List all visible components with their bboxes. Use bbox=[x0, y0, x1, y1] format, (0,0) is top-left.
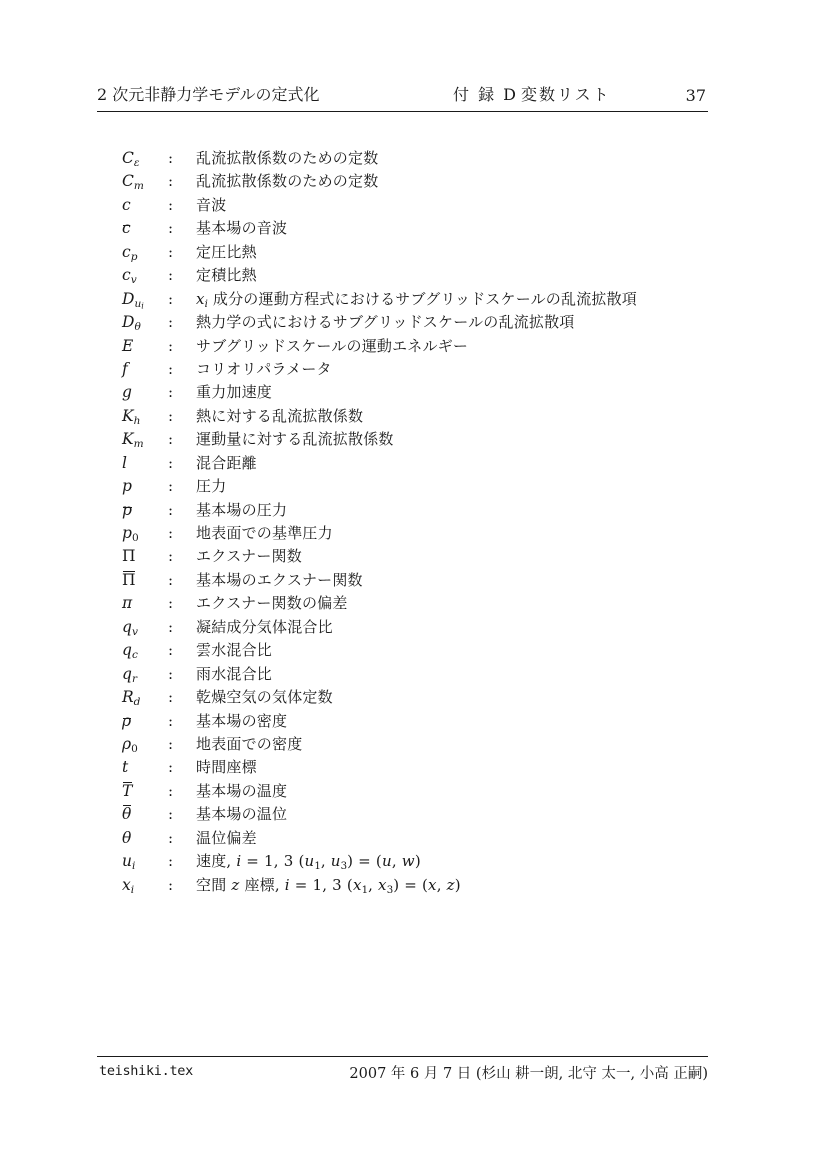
text-segment: エクスナー関数 bbox=[196, 547, 302, 565]
variable-row: θ:基本場の温位 bbox=[122, 802, 742, 825]
variable-description: 乱流拡散係数のための定数 bbox=[196, 149, 378, 167]
page-number: 37 bbox=[686, 86, 706, 105]
text-segment: π bbox=[122, 594, 132, 612]
colon-separator: : bbox=[168, 217, 196, 240]
text-segment: K bbox=[122, 430, 134, 448]
variable-symbol: Π bbox=[122, 569, 168, 592]
variable-row: ρ0:地表面での密度 bbox=[122, 732, 742, 755]
variable-description: 熱に対する乱流拡散係数 bbox=[196, 407, 363, 425]
variable-row: ui:速度, i = 1, 3 (u1, u3) = (u, w) bbox=[122, 849, 742, 872]
variable-symbol: c bbox=[122, 217, 168, 240]
footer-filename: teishiki.tex bbox=[99, 1063, 193, 1079]
text-segment: z bbox=[447, 876, 455, 894]
text-segment: 基本場の圧力 bbox=[196, 501, 287, 519]
variable-description: 混合距離 bbox=[196, 454, 257, 472]
variable-description: 基本場のエクスナー関数 bbox=[196, 571, 363, 589]
variable-row: π:エクスナー関数の偏差 bbox=[122, 591, 742, 614]
variable-row: qc:雲水混合比 bbox=[122, 638, 742, 661]
colon-separator: : bbox=[168, 545, 196, 568]
variable-row: θ:温位偏差 bbox=[122, 826, 742, 849]
colon-separator: : bbox=[168, 452, 196, 475]
text-segment: 基本場の温位 bbox=[196, 805, 287, 823]
variable-description: サブグリッドスケールの運動エネルギー bbox=[196, 337, 468, 355]
subscript-segment: 0 bbox=[131, 743, 138, 755]
text-segment: , bbox=[392, 852, 402, 870]
text-segment: , bbox=[321, 852, 331, 870]
colon-separator: : bbox=[168, 335, 196, 358]
text-segment: 乱流拡散係数のための定数 bbox=[196, 172, 378, 190]
variable-description: 雲水混合比 bbox=[196, 641, 272, 659]
subscript-segment: m bbox=[134, 180, 144, 192]
text-segment: Π bbox=[122, 573, 136, 589]
text-segment: g bbox=[122, 383, 132, 401]
variable-description: 定積比熱 bbox=[196, 266, 257, 284]
text-segment: t bbox=[122, 758, 128, 776]
variable-description: 凝結成分気体混合比 bbox=[196, 618, 333, 636]
variable-row: ρ:基本場の密度 bbox=[122, 709, 742, 732]
variable-description: 温位偏差 bbox=[196, 829, 257, 847]
text-segment: = 1, 3 ( bbox=[290, 876, 353, 894]
text-segment: l bbox=[122, 454, 127, 472]
text-segment: c bbox=[122, 243, 131, 261]
text-segment: 乾燥空気の気体定数 bbox=[196, 688, 333, 706]
variable-symbol: T bbox=[122, 780, 168, 803]
variable-description: 基本場の温位 bbox=[196, 805, 287, 823]
variable-row: Π:基本場のエクスナー関数 bbox=[122, 568, 742, 591]
text-segment: u bbox=[382, 852, 392, 870]
text-segment: c bbox=[122, 221, 131, 237]
variable-row: T:基本場の温度 bbox=[122, 779, 742, 802]
page-header: 2 次元非静力学モデルの定式化 付 録 D 変数リスト 37 bbox=[97, 82, 708, 108]
variable-symbol: c bbox=[122, 194, 168, 217]
variable-description: 乾燥空気の気体定数 bbox=[196, 688, 333, 706]
text-segment: 重力加速度 bbox=[196, 383, 272, 401]
variable-description: 基本場の圧力 bbox=[196, 501, 287, 519]
text-segment: q bbox=[122, 618, 132, 636]
variable-description: 圧力 bbox=[196, 477, 226, 495]
text-segment: 温位偏差 bbox=[196, 829, 257, 847]
text-segment: = 1, 3 ( bbox=[241, 852, 304, 870]
text-segment: サブグリッドスケールの運動エネルギー bbox=[196, 337, 468, 355]
variable-description: 時間座標 bbox=[196, 758, 257, 776]
variable-row: Kh:熱に対する乱流拡散係数 bbox=[122, 404, 742, 427]
variable-description: 重力加速度 bbox=[196, 383, 272, 401]
text-segment: 運動量に対する乱流拡散係数 bbox=[196, 430, 394, 448]
colon-separator: : bbox=[168, 710, 196, 733]
document-page: 2 次元非静力学モデルの定式化 付 録 D 変数リスト 37 Cε:乱流拡散係数… bbox=[0, 0, 826, 1169]
variable-row: Km:運動量に対する乱流拡散係数 bbox=[122, 427, 742, 450]
text-segment: 成分の運動方程式におけるサブグリッドスケールの乱流拡散項 bbox=[208, 290, 637, 308]
text-segment: ) = ( bbox=[347, 852, 382, 870]
colon-separator: : bbox=[168, 686, 196, 709]
variable-symbol: p bbox=[122, 499, 168, 522]
variable-symbol: θ bbox=[122, 827, 168, 850]
variable-description: 音波 bbox=[196, 196, 226, 214]
text-segment: x bbox=[196, 290, 205, 308]
variable-row: l:混合距離 bbox=[122, 451, 742, 474]
running-head-section: 2 次元非静力学モデルの定式化 bbox=[97, 82, 319, 105]
text-segment: 熱に対する乱流拡散係数 bbox=[196, 407, 363, 425]
variable-row: Π:エクスナー関数 bbox=[122, 544, 742, 567]
text-segment: C bbox=[122, 172, 134, 190]
colon-separator: : bbox=[168, 147, 196, 170]
colon-separator: : bbox=[168, 499, 196, 522]
text-segment: x bbox=[378, 876, 387, 894]
subscript-segment: 0 bbox=[132, 532, 139, 544]
variable-row: p:基本場の圧力 bbox=[122, 498, 742, 521]
text-segment: c bbox=[122, 196, 131, 214]
running-head-appendix: 付 録 D bbox=[453, 82, 518, 105]
variable-row: t:時間座標 bbox=[122, 755, 742, 778]
text-segment: q bbox=[122, 665, 132, 683]
variable-symbol: Π bbox=[122, 545, 168, 568]
variable-description: 基本場の密度 bbox=[196, 712, 287, 730]
text-segment: x bbox=[122, 876, 131, 894]
colon-separator: : bbox=[168, 288, 196, 311]
colon-separator: : bbox=[168, 780, 196, 803]
subscript-segment: v bbox=[132, 626, 138, 638]
text-segment: R bbox=[122, 688, 134, 706]
text-segment: q bbox=[122, 641, 132, 659]
text-segment: D bbox=[122, 290, 134, 308]
variable-description: 定圧比熱 bbox=[196, 243, 257, 261]
variable-description: xi 成分の運動方程式におけるサブグリッドスケールの乱流拡散項 bbox=[196, 290, 637, 308]
text-segment: 雨水混合比 bbox=[196, 665, 272, 683]
text-segment: T bbox=[122, 784, 132, 800]
subscript-segment: d bbox=[134, 696, 141, 708]
text-segment: エクスナー関数の偏差 bbox=[196, 594, 348, 612]
colon-separator: : bbox=[168, 358, 196, 381]
subscript-segment: m bbox=[134, 438, 144, 450]
text-segment: D bbox=[122, 313, 134, 331]
colon-separator: : bbox=[168, 663, 196, 686]
text-segment: 定圧比熱 bbox=[196, 243, 257, 261]
variable-row: qr:雨水混合比 bbox=[122, 662, 742, 685]
variable-row: Cε:乱流拡散係数のための定数 bbox=[122, 146, 742, 169]
variable-description: エクスナー関数 bbox=[196, 547, 302, 565]
text-segment: p bbox=[122, 524, 132, 542]
variable-description: 速度, i = 1, 3 (u1, u3) = (u, w) bbox=[196, 852, 421, 870]
variable-description: コリオリパラメータ bbox=[196, 360, 332, 378]
text-segment: w bbox=[402, 852, 415, 870]
variable-row: c:基本場の音波 bbox=[122, 216, 742, 239]
text-segment: , bbox=[437, 876, 447, 894]
variable-symbol: g bbox=[122, 381, 168, 404]
text-segment: u bbox=[305, 852, 315, 870]
subscript-segment: i bbox=[132, 860, 135, 872]
colon-separator: : bbox=[168, 475, 196, 498]
text-segment: 定積比熱 bbox=[196, 266, 257, 284]
subscript-segment: θ bbox=[134, 321, 140, 333]
colon-separator: : bbox=[168, 639, 196, 662]
variable-row: xi:空間 z 座標, i = 1, 3 (x1, x3) = (x, z) bbox=[122, 873, 742, 896]
subscript-segment: ε bbox=[134, 157, 140, 169]
colon-separator: : bbox=[168, 803, 196, 826]
variable-description: 熱力学の式におけるサブグリッドスケールの乱流拡散項 bbox=[196, 313, 575, 331]
variable-row: p:圧力 bbox=[122, 474, 742, 497]
text-segment: , bbox=[368, 876, 378, 894]
variable-row: E:サブグリッドスケールの運動エネルギー bbox=[122, 334, 742, 357]
text-segment: 時間座標 bbox=[196, 758, 257, 776]
variable-symbol: E bbox=[122, 335, 168, 358]
text-segment: p bbox=[122, 477, 132, 495]
colon-separator: : bbox=[168, 733, 196, 756]
text-segment: 圧力 bbox=[196, 477, 226, 495]
subscript-segment: v bbox=[131, 274, 137, 286]
text-segment: 基本場の温度 bbox=[196, 782, 287, 800]
variable-symbol: ρ bbox=[122, 710, 168, 733]
text-segment: E bbox=[122, 337, 133, 355]
colon-separator: : bbox=[168, 381, 196, 404]
variable-description: 運動量に対する乱流拡散係数 bbox=[196, 430, 394, 448]
variable-description: 乱流拡散係数のための定数 bbox=[196, 172, 378, 190]
footer-date-authors: 2007 年 6 月 7 日 (杉山 耕一朗, 北守 太一, 小高 正嗣) bbox=[349, 1062, 708, 1083]
text-segment: 雲水混合比 bbox=[196, 641, 272, 659]
colon-separator: : bbox=[168, 428, 196, 451]
variable-symbol: l bbox=[122, 452, 168, 475]
variable-row: cv:定積比熱 bbox=[122, 263, 742, 286]
text-segment: 空間 bbox=[196, 876, 231, 894]
subscript-segment: r bbox=[132, 673, 137, 685]
text-segment: 地表面での密度 bbox=[196, 735, 302, 753]
colon-separator: : bbox=[168, 616, 196, 639]
text-segment: K bbox=[122, 407, 134, 425]
variable-description: 地表面での密度 bbox=[196, 735, 302, 753]
variable-row: Rd:乾燥空気の気体定数 bbox=[122, 685, 742, 708]
text-segment: 音波 bbox=[196, 196, 226, 214]
text-segment: Π bbox=[122, 547, 136, 565]
colon-separator: : bbox=[168, 756, 196, 779]
colon-separator: : bbox=[168, 194, 196, 217]
variable-symbol: t bbox=[122, 756, 168, 779]
variable-list: Cε:乱流拡散係数のための定数Cm:乱流拡散係数のための定数c:音波c:基本場の… bbox=[122, 146, 742, 896]
text-segment: f bbox=[122, 360, 128, 378]
variable-symbol: θ bbox=[122, 803, 168, 826]
text-segment: ) bbox=[455, 876, 461, 894]
text-segment: θ bbox=[122, 807, 131, 823]
variable-row: cp:定圧比熱 bbox=[122, 240, 742, 263]
text-segment: x bbox=[353, 876, 362, 894]
colon-separator: : bbox=[168, 522, 196, 545]
variable-symbol: π bbox=[122, 592, 168, 615]
subscript-segment: p bbox=[131, 251, 138, 263]
text-segment: θ bbox=[122, 829, 131, 847]
header-rule bbox=[97, 111, 708, 112]
text-segment: 基本場の密度 bbox=[196, 712, 287, 730]
running-head-title: 変数リスト bbox=[521, 82, 611, 105]
text-segment: ) = ( bbox=[393, 876, 428, 894]
variable-description: 雨水混合比 bbox=[196, 665, 272, 683]
variable-description: 基本場の温度 bbox=[196, 782, 287, 800]
text-segment: x bbox=[428, 876, 437, 894]
text-segment: u bbox=[331, 852, 341, 870]
variable-row: p0:地表面での基準圧力 bbox=[122, 521, 742, 544]
colon-separator: : bbox=[168, 264, 196, 287]
text-segment: 速度, bbox=[196, 852, 236, 870]
colon-separator: : bbox=[168, 311, 196, 334]
variable-description: 基本場の音波 bbox=[196, 219, 287, 237]
variable-symbol: f bbox=[122, 358, 168, 381]
text-segment: 座標, bbox=[239, 876, 284, 894]
subscript-segment: c bbox=[132, 649, 138, 661]
text-segment: C bbox=[122, 149, 134, 167]
colon-separator: : bbox=[168, 170, 196, 193]
text-segment: p bbox=[122, 503, 132, 519]
footer-rule bbox=[97, 1056, 708, 1057]
variable-row: f:コリオリパラメータ bbox=[122, 357, 742, 380]
colon-separator: : bbox=[168, 874, 196, 897]
text-segment: ρ bbox=[122, 735, 131, 753]
text-segment: 凝結成分気体混合比 bbox=[196, 618, 333, 636]
variable-symbol: xi bbox=[122, 874, 168, 902]
text-segment: 熱力学の式におけるサブグリッドスケールの乱流拡散項 bbox=[196, 313, 575, 331]
subscript-segment: i bbox=[141, 301, 144, 310]
subscript-segment: h bbox=[134, 415, 141, 427]
text-segment: 地表面での基準圧力 bbox=[196, 524, 333, 542]
colon-separator: : bbox=[168, 850, 196, 873]
text-segment: コリオリパラメータ bbox=[196, 360, 332, 378]
variable-row: Cm:乱流拡散係数のための定数 bbox=[122, 169, 742, 192]
text-segment: 混合距離 bbox=[196, 454, 257, 472]
subscript-segment: i bbox=[131, 884, 134, 896]
variable-description: エクスナー関数の偏差 bbox=[196, 594, 348, 612]
colon-separator: : bbox=[168, 592, 196, 615]
variable-row: g:重力加速度 bbox=[122, 380, 742, 403]
text-segment: c bbox=[122, 266, 131, 284]
text-segment: 基本場の音波 bbox=[196, 219, 287, 237]
text-segment: u bbox=[122, 852, 132, 870]
variable-description: 空間 z 座標, i = 1, 3 (x1, x3) = (x, z) bbox=[196, 876, 461, 894]
text-segment: 基本場のエクスナー関数 bbox=[196, 571, 363, 589]
variable-row: Dθ:熱力学の式におけるサブグリッドスケールの乱流拡散項 bbox=[122, 310, 742, 333]
variable-symbol: p bbox=[122, 475, 168, 498]
text-segment: 乱流拡散係数のための定数 bbox=[196, 149, 378, 167]
colon-separator: : bbox=[168, 241, 196, 264]
variable-description: 地表面での基準圧力 bbox=[196, 524, 333, 542]
colon-separator: : bbox=[168, 569, 196, 592]
text-segment: ρ bbox=[122, 714, 131, 730]
colon-separator: : bbox=[168, 405, 196, 428]
text-segment: ) bbox=[415, 852, 421, 870]
variable-row: qv:凝結成分気体混合比 bbox=[122, 615, 742, 638]
variable-row: Dui:xi 成分の運動方程式におけるサブグリッドスケールの乱流拡散項 bbox=[122, 287, 742, 310]
colon-separator: : bbox=[168, 827, 196, 850]
variable-row: c:音波 bbox=[122, 193, 742, 216]
